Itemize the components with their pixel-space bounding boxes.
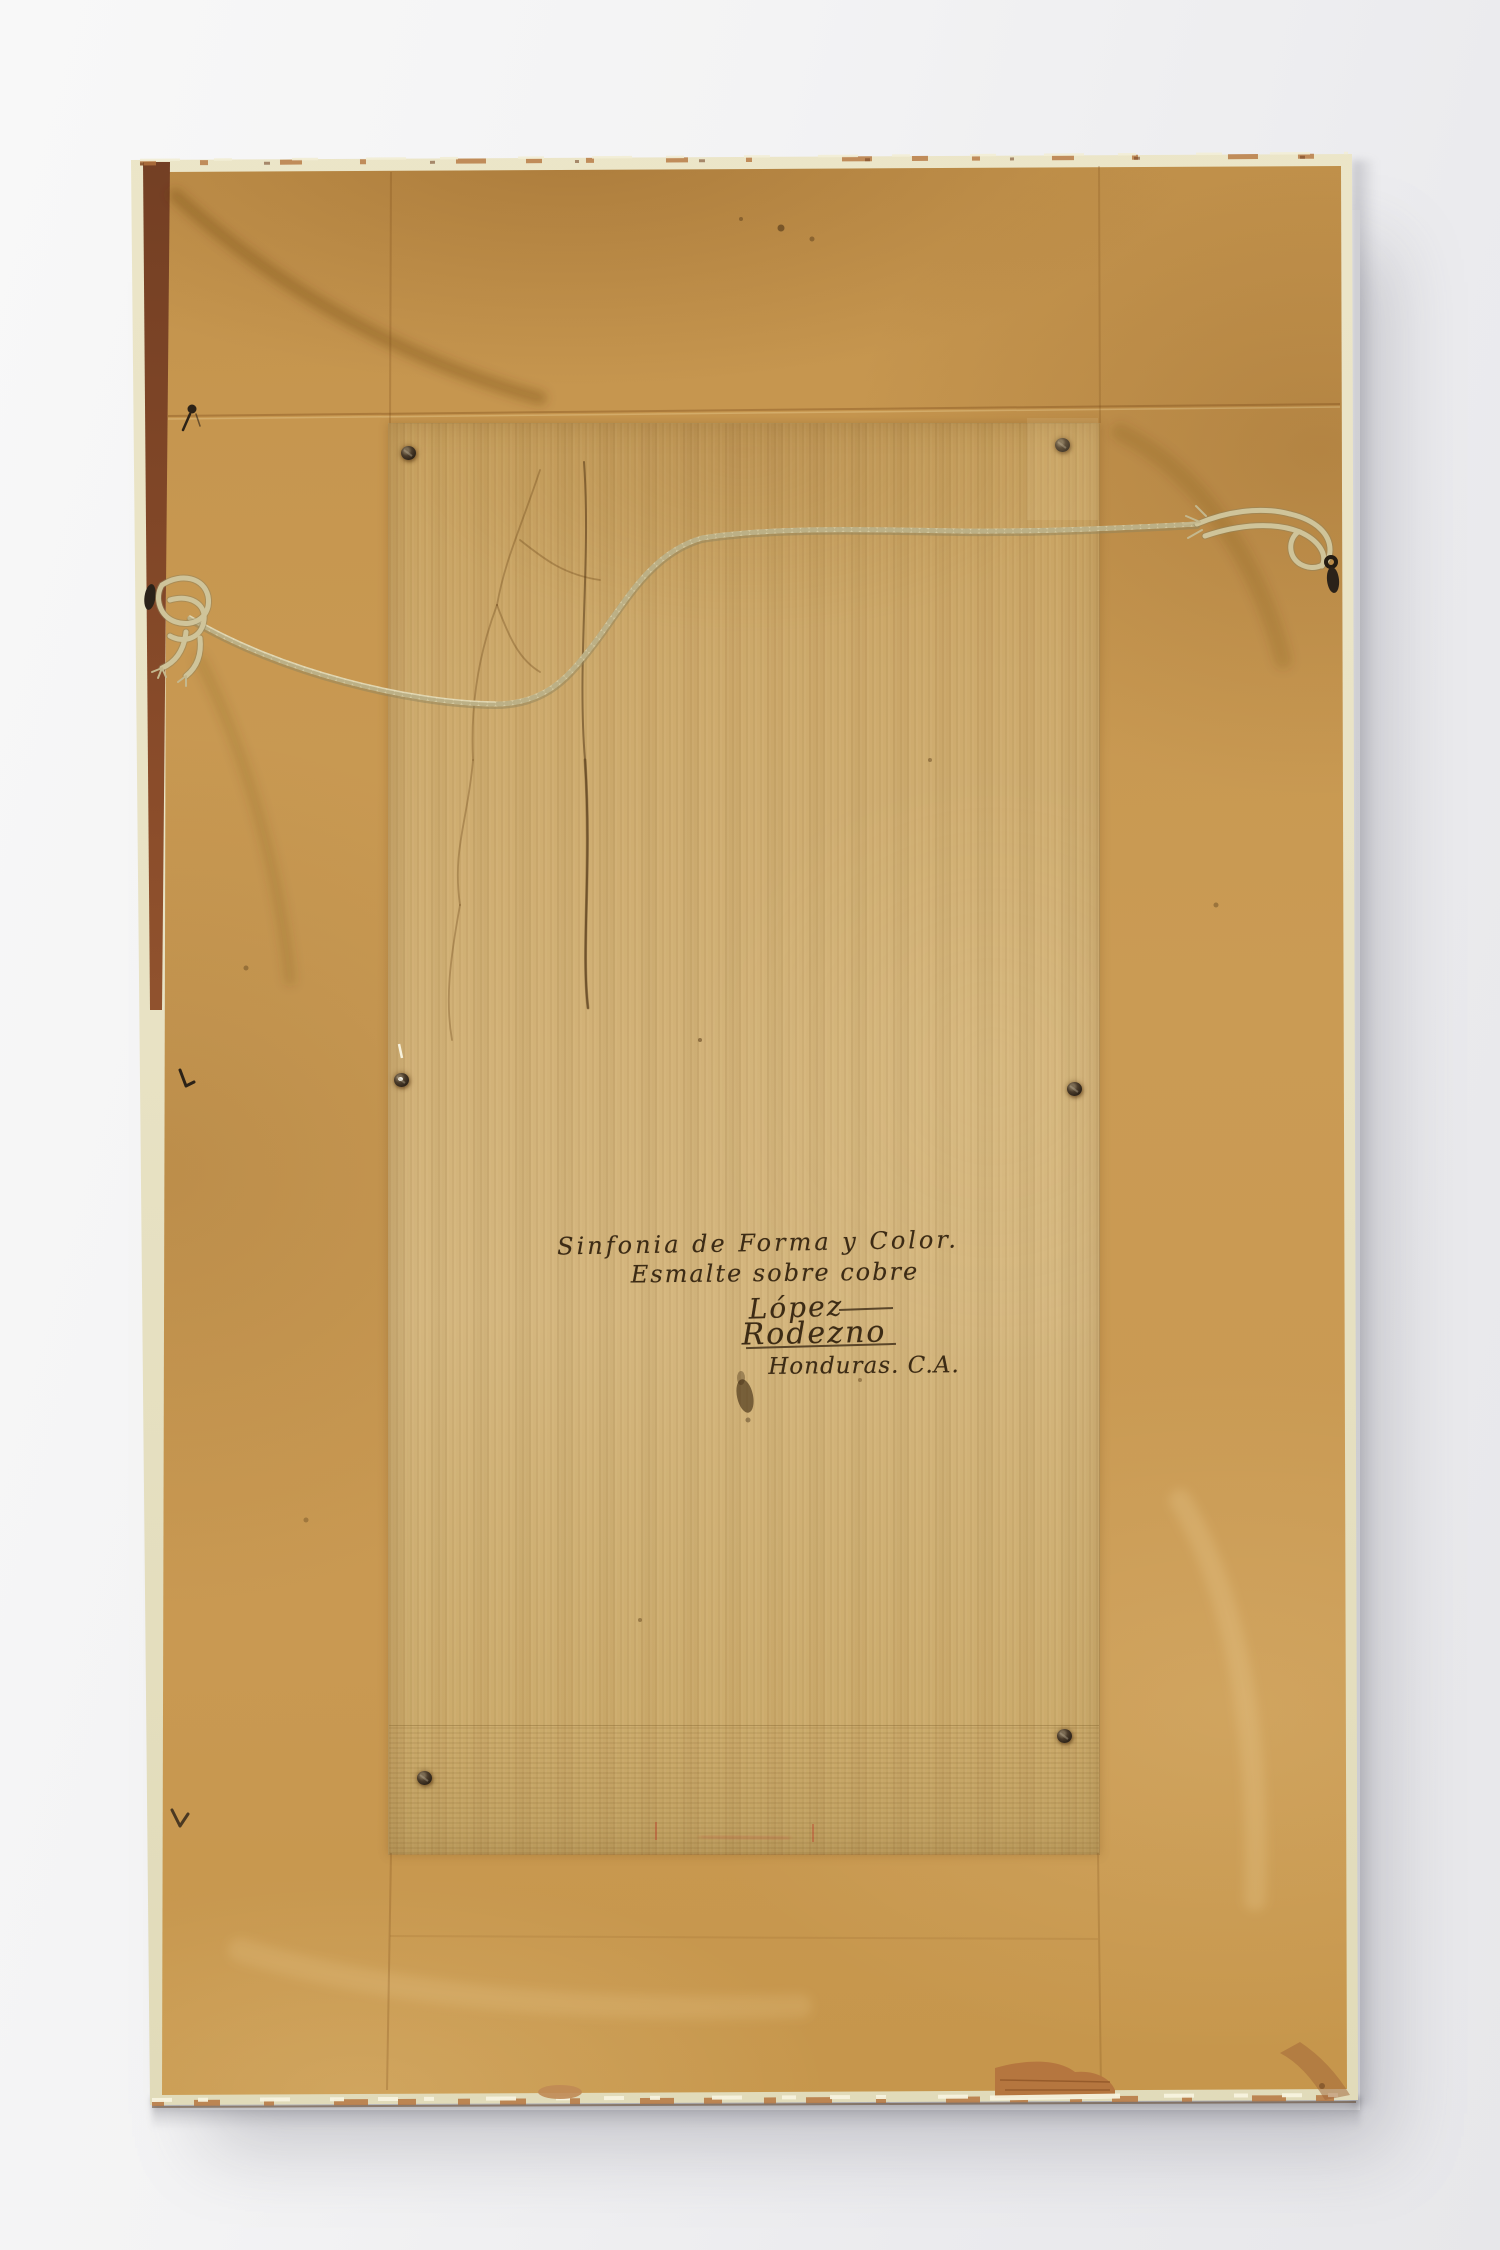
screw-head — [394, 1073, 409, 1087]
inscription-medium: Esmalte sobre cobre — [631, 1257, 920, 1288]
inscription-title: Sinfonia de Forma y Color. — [557, 1225, 959, 1260]
screw-head — [1055, 438, 1070, 452]
screw-head — [401, 446, 416, 460]
panel-bottom-grain — [389, 1725, 1099, 1854]
photo-backdrop: Sinfonia de Forma y Color. Esmalte sobre… — [0, 0, 1500, 2250]
wood-panel: Sinfonia de Forma y Color. Esmalte sobre… — [388, 423, 1100, 1855]
screw-head — [1057, 1729, 1072, 1743]
inscription-location: Honduras. C.A. — [768, 1352, 960, 1380]
screw-head — [1067, 1082, 1082, 1096]
screw-head — [417, 1771, 432, 1785]
signature-flourish-line — [839, 1307, 893, 1311]
